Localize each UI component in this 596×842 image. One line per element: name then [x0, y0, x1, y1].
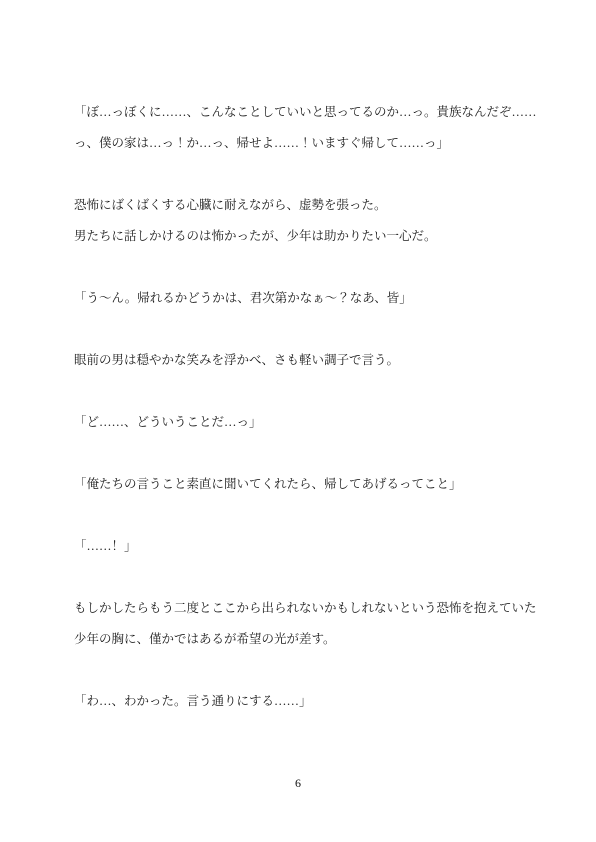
text-line: 「俺たちの言うこと素直に聞いてくれたら、帰してあげるってこと」 [74, 469, 526, 500]
paragraph-dialogue: 「う～ん。帰れるかどうかは、君次第かなぁ～？なあ、皆」 [74, 283, 526, 314]
body-text: 「ぼ…っぼくに……、こんなことしていいと思ってるのか…っ。貴族なんだぞ……っ、僕… [74, 97, 526, 748]
text-line: 「ど……、どういうことだ…っ」 [74, 407, 526, 438]
paragraph-dialogue: 「ぼ…っぼくに……、こんなことしていいと思ってるのか…っ。貴族なんだぞ……っ、僕… [74, 97, 526, 159]
paragraph-dialogue: 「ど……、どういうことだ…っ」 [74, 407, 526, 438]
page-footer: 6 [0, 774, 596, 792]
text-line: 男たちに話しかけるのは怖かったが、少年は助かりたい一心だ。 [74, 221, 526, 252]
paragraph-narration: 恐怖にばくばくする心臓に耐えながら、虚勢を張った。男たちに話しかけるのは怖かった… [74, 190, 526, 252]
paragraph-dialogue: 「わ…、わかった。言う通りにする……」 [74, 686, 526, 717]
page-number: 6 [295, 776, 301, 790]
text-line: 「う～ん。帰れるかどうかは、君次第かなぁ～？なあ、皆」 [74, 283, 526, 314]
text-line: 「……！」 [74, 531, 526, 562]
text-line: 少年の胸に、僅かではあるが希望の光が差す。 [74, 624, 526, 655]
text-line: っ、僕の家は…っ！か…っ、帰せよ……！いますぐ帰して……っ」 [74, 128, 526, 159]
paragraph-dialogue: 「俺たちの言うこと素直に聞いてくれたら、帰してあげるってこと」 [74, 469, 526, 500]
paragraph-dialogue: 「……！」 [74, 531, 526, 562]
text-line: 恐怖にばくばくする心臓に耐えながら、虚勢を張った。 [74, 190, 526, 221]
document-page: 「ぼ…っぼくに……、こんなことしていいと思ってるのか…っ。貴族なんだぞ……っ、僕… [0, 0, 596, 842]
text-line: 「ぼ…っぼくに……、こんなことしていいと思ってるのか…っ。貴族なんだぞ…… [74, 97, 526, 128]
text-line: 「わ…、わかった。言う通りにする……」 [74, 686, 526, 717]
paragraph-narration: 眼前の男は穏やかな笑みを浮かべ、さも軽い調子で言う。 [74, 345, 526, 376]
text-line: 眼前の男は穏やかな笑みを浮かべ、さも軽い調子で言う。 [74, 345, 526, 376]
text-line: もしかしたらもう二度とここから出られないかもしれないという恐怖を抱えていた [74, 593, 526, 624]
paragraph-narration: もしかしたらもう二度とここから出られないかもしれないという恐怖を抱えていた少年の… [74, 593, 526, 655]
